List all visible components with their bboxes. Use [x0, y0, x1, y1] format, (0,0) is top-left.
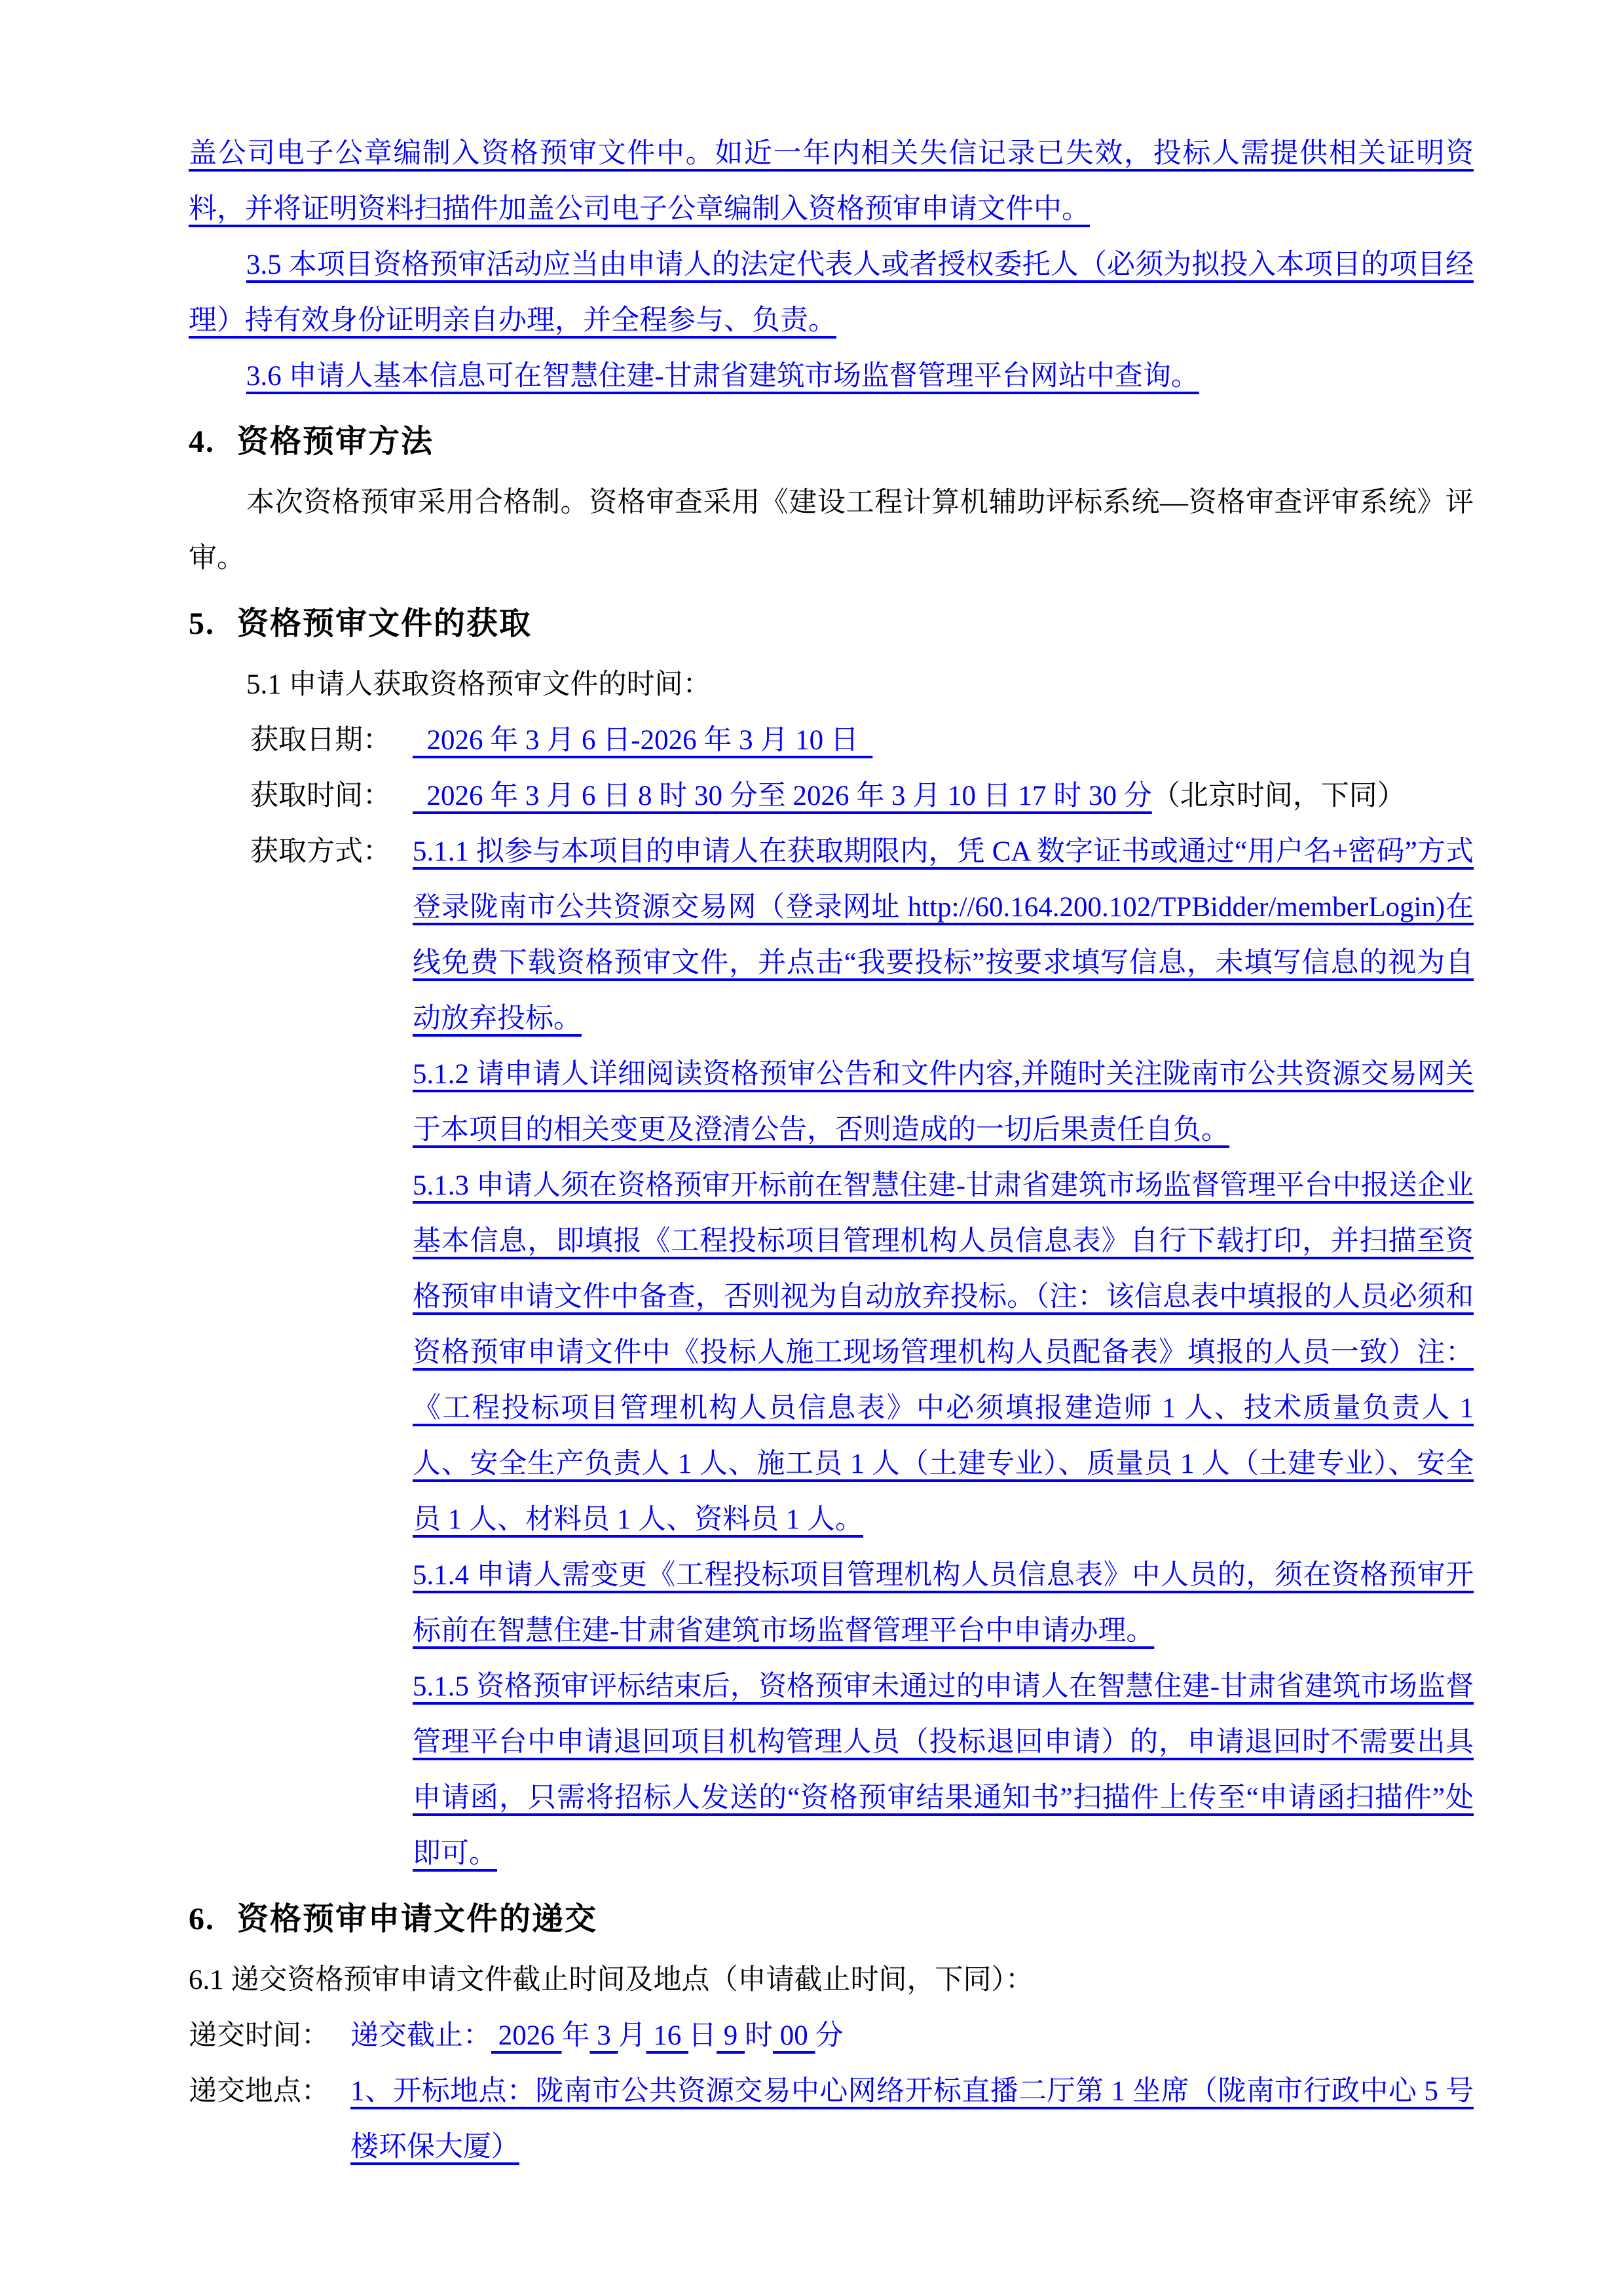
deadline-blank-value: 2026	[491, 2020, 562, 2051]
deadline-unit-label: 时	[745, 2020, 773, 2051]
acquire-date-row: 获取日期： 2026 年 3 月 6 日-2026 年 3 月 10 日	[250, 713, 1474, 768]
paragraph-text: 5.1.2 请申请人详细阅读资格预审公告和文件内容,并随时关注陇南市公共资源交易…	[413, 1059, 1474, 1145]
paragraph-text: 5.1.5 资格预审评标结束后，资格预审未通过的申请人在智慧住建-甘肃省建筑市场…	[413, 1671, 1474, 1869]
submit-place-value: 1、开标地点：陇南市公共资源交易中心网络开标直播二厅第 1 坐席（陇南市行政中心…	[350, 2064, 1474, 2175]
submit-location-row: 递交地点： 1、开标地点：陇南市公共资源交易中心网络开标直播二厅第 1 坐席（陇…	[189, 2064, 1474, 2175]
intro-paragraph: 盖公司电子公章编制入资格预审文件中。如近一年内相关失信记录已失效，投标人需提供相…	[189, 126, 1474, 237]
section-4-body: 本次资格预审采用合格制。资格审查采用《建设工程计算机辅助评标系统—资格审查评审系…	[189, 475, 1474, 586]
submit-deadline-row: 递交时间： 递交截止： 2026 年 3 月 16 日 9 时 00 分	[189, 2008, 1474, 2064]
clause-6-1: 6.1 递交资格预审申请文件截止时间及地点（申请截止时间，下同）：	[189, 1952, 1474, 2008]
acquisition-method-paragraph: 5.1.1 拟参与本项目的申请人在获取期限内，凭 CA 数字证书或通过“用户名+…	[413, 824, 1474, 1046]
deadline-unit-label: 日	[688, 2020, 717, 2051]
submit-deadline-blanks: 2026 年 3 月 16 日 9 时 00 分	[491, 2020, 844, 2051]
section-5-number: 5.	[189, 606, 215, 641]
section-6-heading: 6.资格预审申请文件的递交	[189, 1887, 1474, 1952]
document-page: 盖公司电子公章编制入资格预审文件中。如近一年内相关失信记录已失效，投标人需提供相…	[0, 0, 1623, 2296]
acquire-time-value: 2026 年 3 月 6 日 8 时 30 分至 2026 年 3 月 10 日…	[413, 781, 1152, 811]
section-4-title: 资格预审方法	[237, 424, 434, 459]
acquisition-url-link[interactable]: http://60.164.200.102/TPBidder/memberLog…	[908, 892, 1436, 923]
acquisition-method-paragraph: 5.1.2 请申请人详细阅读资格预审公告和文件内容,并随时关注陇南市公共资源交易…	[413, 1046, 1474, 1158]
deadline-blank-value: 00	[773, 2020, 815, 2051]
acquire-time-row: 获取时间： 2026 年 3 月 6 日 8 时 30 分至 2026 年 3 …	[250, 768, 1474, 824]
submit-deadline-prefix: 递交截止：	[350, 2020, 491, 2051]
deadline-blank-value: 9	[717, 2020, 745, 2051]
deadline-blank-value: 16	[646, 2020, 689, 2051]
acquire-date-label: 获取日期：	[250, 713, 413, 768]
section-5-heading: 5.资格预审文件的获取	[189, 591, 1474, 657]
clause-3-6: 3.6 申请人基本信息可在智慧住建-甘肃省建筑市场监督管理平台网站中查询。	[189, 348, 1474, 404]
section-6-number: 6.	[189, 1902, 215, 1936]
acquire-date-value: 2026 年 3 月 6 日-2026 年 3 月 10 日	[413, 725, 872, 756]
deadline-unit-label: 分	[815, 2020, 844, 2051]
deadline-blank-value: 3	[590, 2020, 618, 2051]
acquire-time-note: （北京时间，下同）	[1152, 781, 1406, 811]
deadline-unit-label: 月	[618, 2020, 646, 2051]
submit-time-label: 递交时间：	[189, 2008, 350, 2064]
section-4-heading: 4.资格预审方法	[189, 409, 1474, 475]
clause-5-1: 5.1 申请人获取资格预审文件的时间：	[189, 657, 1474, 713]
paragraph-text: 5.1.3 申请人须在资格预审开标前在智慧住建-甘肃省建筑市场监督管理平台中报送…	[413, 1170, 1474, 1535]
section-4-number: 4.	[189, 424, 215, 459]
acquire-time-label: 获取时间：	[250, 768, 413, 824]
submit-place-label: 递交地点：	[189, 2064, 350, 2119]
clause-3-5: 3.5 本项目资格预审活动应当由申请人的法定代表人或者授权委托人（必须为拟投入本…	[189, 237, 1474, 348]
acquisition-method-paragraph: 5.1.5 资格预审评标结束后，资格预审未通过的申请人在智慧住建-甘肃省建筑市场…	[413, 1659, 1474, 1881]
section-5-title: 资格预审文件的获取	[237, 606, 532, 641]
acquire-method-label: 获取方式：	[250, 824, 413, 880]
paragraph-text: 5.1.4 申请人需变更《工程投标项目管理机构人员信息表》中人员的，须在资格预审…	[413, 1560, 1474, 1646]
acquire-method-row: 获取方式： 5.1.1 拟参与本项目的申请人在获取期限内，凭 CA 数字证书或通…	[250, 824, 1474, 1881]
acquisition-method-paragraph: 5.1.4 申请人需变更《工程投标项目管理机构人员信息表》中人员的，须在资格预审…	[413, 1547, 1474, 1659]
section-6-title: 资格预审申请文件的递交	[237, 1902, 597, 1936]
deadline-unit-label: 年	[562, 2020, 590, 2051]
acquire-method-value: 5.1.1 拟参与本项目的申请人在获取期限内，凭 CA 数字证书或通过“用户名+…	[413, 824, 1474, 1881]
submit-deadline-value: 递交截止： 2026 年 3 月 16 日 9 时 00 分	[350, 2008, 1474, 2064]
acquisition-method-paragraph: 5.1.3 申请人须在资格预审开标前在智慧住建-甘肃省建筑市场监督管理平台中报送…	[413, 1158, 1474, 1547]
